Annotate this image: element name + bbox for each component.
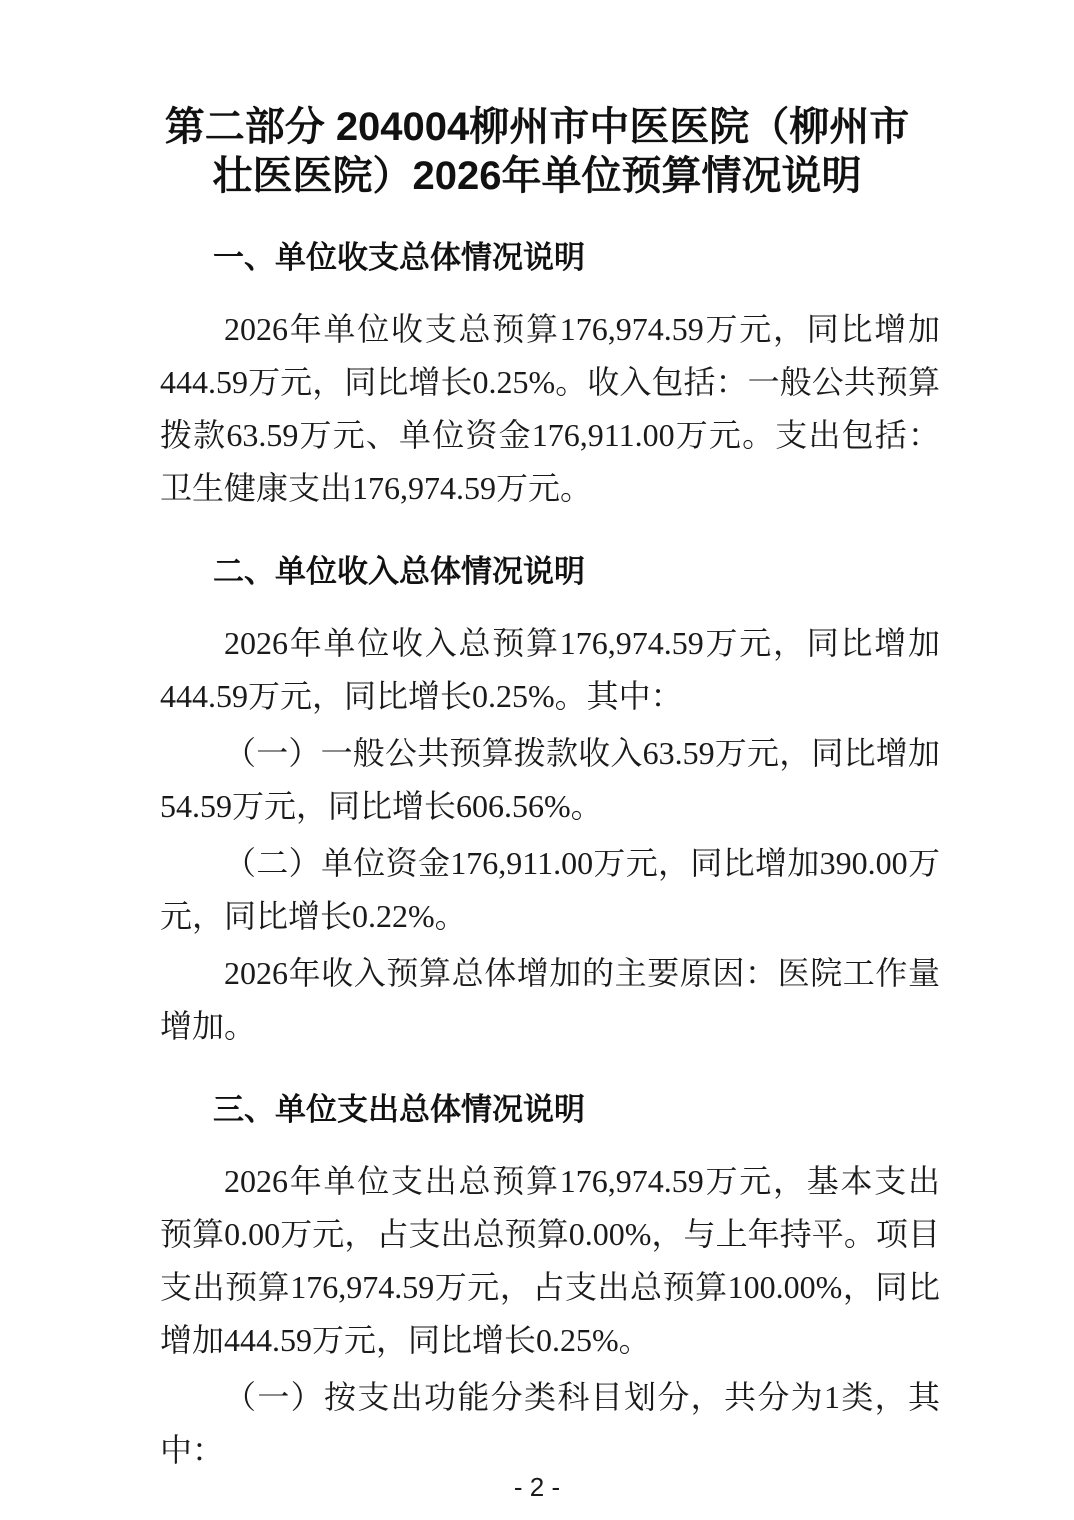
paragraph: （一）按支出功能分类科目划分，共分为1类，其中： [160, 1371, 940, 1477]
paragraph: 2026年收入预算总体增加的主要原因：医院工作量增加。 [160, 947, 940, 1053]
section-overall-revenue: 二、单位收入总体情况说明 2026年单位收入总预算176,974.59万元，同比… [160, 551, 940, 1053]
document-page: 第二部分 204004柳州市中医医院（柳州市壮医医院）2026年单位预算情况说明… [0, 0, 1074, 1520]
section-overall-expenditure: 三、单位支出总体情况说明 2026年单位支出总预算176,974.59万元，基本… [160, 1089, 940, 1477]
paragraph: （二）单位资金176,911.00万元，同比增加390.00万元，同比增长0.2… [160, 837, 940, 943]
paragraph: 2026年单位支出总预算176,974.59万元，基本支出预算0.00万元，占支… [160, 1155, 940, 1367]
page-number: - 2 - [0, 1472, 1074, 1502]
paragraph: 2026年单位收入总预算176,974.59万元，同比增加444.59万元，同比… [160, 617, 940, 723]
document-body: 一、单位收支总体情况说明 2026年单位收支总预算176,974.59万元，同比… [160, 237, 940, 1477]
paragraph: （一）一般公共预算拨款收入63.59万元，同比增加54.59万元，同比增长606… [160, 727, 940, 833]
section-heading-1: 一、单位收支总体情况说明 [160, 237, 940, 279]
document-title: 第二部分 204004柳州市中医医院（柳州市壮医医院）2026年单位预算情况说明 [154, 103, 920, 201]
section-heading-3: 三、单位支出总体情况说明 [160, 1089, 940, 1131]
paragraph: 2026年单位收支总预算176,974.59万元，同比增加444.59万元，同比… [160, 303, 940, 515]
section-overall-revenue-expenditure: 一、单位收支总体情况说明 2026年单位收支总预算176,974.59万元，同比… [160, 237, 940, 515]
section-heading-2: 二、单位收入总体情况说明 [160, 551, 940, 593]
